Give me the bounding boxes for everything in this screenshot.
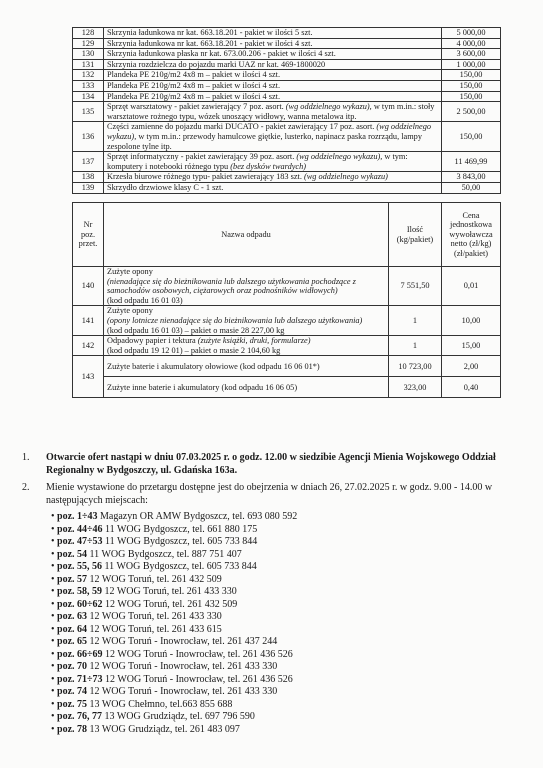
row-number: 136 (73, 122, 104, 152)
item-price: 4 000,00 (442, 38, 501, 49)
location-details: 12 WOG Toruń, tel. 261 432 509 (87, 574, 222, 585)
row-number: 129 (73, 38, 104, 49)
location-item: • poz. 63 12 WOG Toruń, tel. 261 433 330 (51, 611, 297, 624)
note-text: Mienie wystawione do przetargu dostępne … (46, 482, 522, 507)
item-price: 150,00 (442, 80, 501, 91)
location-details: 12 WOG Toruń, tel. 261 433 615 (87, 624, 222, 635)
row-number: 141 (73, 306, 104, 336)
table-row: 137Sprzęt informatyczny - pakiet zawiera… (73, 152, 501, 172)
row-number: 137 (73, 152, 104, 172)
location-item: • poz. 57 12 WOG Toruń, tel. 261 432 509 (51, 574, 297, 587)
waste-description: Odpadowy papier i tektura (zużyte książk… (104, 336, 389, 356)
location-item: • poz. 65 12 WOG Toruń - Inowrocław, tel… (51, 636, 297, 649)
item-description: Sprzęt warsztatowy - pakiet zawierający … (104, 102, 442, 122)
item-description: Skrzynia ładunkowa nr kat. 663.18.201 - … (104, 28, 442, 39)
location-details: 12 WOG Toruń - Inowrocław, tel. 261 436 … (103, 674, 293, 685)
location-item: • poz. 78 13 WOG Grudziądz, tel. 261 483… (51, 724, 297, 737)
header-qty: Ilość (kg/pakiet) (389, 203, 442, 267)
location-positions: poz. 1÷43 (57, 511, 98, 522)
waste-description: Zużyte opony(opony lotnicze nienadające … (104, 306, 389, 336)
location-details: 12 WOG Toruń - Inowrocław, tel. 261 433 … (87, 686, 277, 697)
note-item-2: 2. Mienie wystawione do przetargu dostęp… (22, 482, 522, 507)
waste-price: 0,40 (442, 377, 501, 398)
location-positions: poz. 57 (57, 574, 87, 585)
location-details: 13 WOG Grudziądz, tel. 697 796 590 (102, 711, 255, 722)
item-description: Plandeka PE 210g/m2 4x8 m – pakiet w ilo… (104, 70, 442, 81)
waste-price: 0,01 (442, 267, 501, 306)
table-row: 132Plandeka PE 210g/m2 4x8 m – pakiet w … (73, 70, 501, 81)
location-positions: poz. 55, 56 (57, 561, 102, 572)
inspection-locations-list: • poz. 1÷43 Magazyn OR AMW Bydgoszcz, te… (51, 511, 297, 736)
location-positions: poz. 70 (57, 661, 87, 672)
location-positions: poz. 63 (57, 611, 87, 622)
location-details: 12 WOG Toruń - Inowrocław, tel. 261 433 … (87, 661, 277, 672)
table-row: 128Skrzynia ładunkowa nr kat. 663.18.201… (73, 28, 501, 39)
item-description: Skrzynia ładunkowa płaska nr kat. 673.00… (104, 49, 442, 60)
location-positions: poz. 44÷46 (57, 524, 103, 535)
waste-description: Zużyte baterie i akumulatory ołowiowe (k… (104, 356, 389, 377)
location-details: 13 WOG Grudziądz, tel. 261 483 097 (87, 724, 240, 735)
item-description: Sprzęt informatyczny - pakiet zawierając… (104, 152, 442, 172)
price-table-items: 128Skrzynia ładunkowa nr kat. 663.18.201… (72, 27, 501, 194)
waste-price: 15,00 (442, 336, 501, 356)
row-number: 132 (73, 70, 104, 81)
item-price: 3 843,00 (442, 172, 501, 183)
location-item: • poz. 75 13 WOG Chełmno, tel.663 855 68… (51, 699, 297, 712)
row-number: 143 (73, 356, 104, 398)
waste-quantity: 1 (389, 306, 442, 336)
item-description: Plandeka PE 210g/m2 4x8 m – pakiet w ilo… (104, 80, 442, 91)
item-price: 11 469,99 (442, 152, 501, 172)
location-item: • poz. 60÷62 12 WOG Toruń, tel. 261 432 … (51, 599, 297, 612)
header-name: Nazwa odpadu (104, 203, 389, 267)
location-item: • poz. 74 12 WOG Toruń - Inowrocław, tel… (51, 686, 297, 699)
row-number: 138 (73, 172, 104, 183)
location-item: • poz. 76, 77 13 WOG Grudziądz, tel. 697… (51, 711, 297, 724)
item-price: 150,00 (442, 91, 501, 102)
location-details: 13 WOG Chełmno, tel.663 855 688 (87, 699, 232, 710)
location-details: 12 WOG Toruń - Inowrocław, tel. 261 436 … (103, 649, 293, 660)
row-number: 128 (73, 28, 104, 39)
item-price: 3 600,00 (442, 49, 501, 60)
location-details: 11 WOG Bydgoszcz, tel. 661 880 175 (103, 524, 258, 535)
location-item: • poz. 1÷43 Magazyn OR AMW Bydgoszcz, te… (51, 511, 297, 524)
table-row: Zużyte inne baterie i akumulatory (kod o… (73, 377, 501, 398)
location-details: 12 WOG Toruń, tel. 261 432 509 (103, 599, 238, 610)
note-text: Otwarcie ofert nastąpi w dniu 07.03.2025… (46, 452, 522, 477)
location-details: 11 WOG Bydgoszcz, tel. 605 733 844 (102, 561, 257, 572)
row-number: 142 (73, 336, 104, 356)
location-item: • poz. 47÷53 11 WOG Bydgoszcz, tel. 605 … (51, 536, 297, 549)
location-positions: poz. 75 (57, 699, 87, 710)
row-number: 131 (73, 59, 104, 70)
location-details: 12 WOG Toruń - Inowrocław, tel. 261 437 … (87, 636, 277, 647)
item-price: 50,00 (442, 182, 501, 193)
table-row: 143Zużyte baterie i akumulatory ołowiowe… (73, 356, 501, 377)
table-row: 129Skrzynia ładunkowa nr kat. 663.18.201… (73, 38, 501, 49)
location-item: • poz. 54 11 WOG Bydgoszcz, tel. 887 751… (51, 549, 297, 562)
location-item: • poz. 55, 56 11 WOG Bydgoszcz, tel. 605… (51, 561, 297, 574)
item-description: Skrzynia rozdzielcza do pojazdu marki UA… (104, 59, 442, 70)
waste-table-header: Nr poz. przet. Nazwa odpadu Ilość (kg/pa… (73, 203, 501, 267)
location-details: 12 WOG Toruń, tel. 261 433 330 (87, 611, 222, 622)
waste-quantity: 1 (389, 336, 442, 356)
waste-price: 2,00 (442, 356, 501, 377)
location-details: 11 WOG Bydgoszcz, tel. 605 733 844 (103, 536, 258, 547)
location-positions: poz. 71÷73 (57, 674, 103, 685)
item-description: Części zamienne do pojazdu marki DUCATO … (104, 122, 442, 152)
row-number: 139 (73, 182, 104, 193)
header-price: Cena jednostkowa wywoławcza netto (zł/kg… (442, 203, 501, 267)
location-details: 11 WOG Bydgoszcz, tel. 887 751 407 (87, 549, 242, 560)
table-row: 138Krzesła biurowe różnego typu- pakiet … (73, 172, 501, 183)
table-row: 130Skrzynia ładunkowa płaska nr kat. 673… (73, 49, 501, 60)
row-number: 133 (73, 80, 104, 91)
item-price: 2 500,00 (442, 102, 501, 122)
waste-quantity: 7 551,50 (389, 267, 442, 306)
waste-table: Nr poz. przet. Nazwa odpadu Ilość (kg/pa… (72, 202, 501, 398)
item-price: 150,00 (442, 70, 501, 81)
item-price: 5 000,00 (442, 28, 501, 39)
waste-description: Zużyte opony(nienadające się do bieżniko… (104, 267, 389, 306)
location-item: • poz. 64 12 WOG Toruń, tel. 261 433 615 (51, 624, 297, 637)
location-details: Magazyn OR AMW Bydgoszcz, tel. 693 080 5… (98, 511, 298, 522)
waste-description: Zużyte inne baterie i akumulatory (kod o… (104, 377, 389, 398)
item-price: 1 000,00 (442, 59, 501, 70)
waste-price: 10,00 (442, 306, 501, 336)
waste-quantity: 323,00 (389, 377, 442, 398)
location-positions: poz. 65 (57, 636, 87, 647)
note-number: 1. (22, 452, 46, 477)
location-positions: poz. 54 (57, 549, 87, 560)
table-row: 139Skrzydło drzwiowe klasy C - 1 szt.50,… (73, 182, 501, 193)
location-item: • poz. 44÷46 11 WOG Bydgoszcz, tel. 661 … (51, 524, 297, 537)
table-row: 136Części zamienne do pojazdu marki DUCA… (73, 122, 501, 152)
row-number: 130 (73, 49, 104, 60)
row-number: 135 (73, 102, 104, 122)
location-details: 12 WOG Toruń, tel. 261 433 330 (102, 586, 237, 597)
header-nr: Nr poz. przet. (73, 203, 104, 267)
location-positions: poz. 78 (57, 724, 87, 735)
location-item: • poz. 71÷73 12 WOG Toruń - Inowrocław, … (51, 674, 297, 687)
location-item: • poz. 70 12 WOG Toruń - Inowrocław, tel… (51, 661, 297, 674)
item-description: Skrzydło drzwiowe klasy C - 1 szt. (104, 182, 442, 193)
item-description: Krzesła biurowe różnego typu- pakiet zaw… (104, 172, 442, 183)
note-item-1: 1. Otwarcie ofert nastąpi w dniu 07.03.2… (22, 452, 522, 477)
row-number: 134 (73, 91, 104, 102)
table-row: 131Skrzynia rozdzielcza do pojazdu marki… (73, 59, 501, 70)
location-item: • poz. 58, 59 12 WOG Toruń, tel. 261 433… (51, 586, 297, 599)
location-positions: poz. 64 (57, 624, 87, 635)
row-number: 140 (73, 267, 104, 306)
table-row: 133Plandeka PE 210g/m2 4x8 m – pakiet w … (73, 80, 501, 91)
table-row: 140Zużyte opony(nienadające się do bieżn… (73, 267, 501, 306)
location-positions: poz. 47÷53 (57, 536, 103, 547)
item-description: Skrzynia ładunkowa nr kat. 663.18.201 - … (104, 38, 442, 49)
item-price: 150,00 (442, 122, 501, 152)
waste-quantity: 10 723,00 (389, 356, 442, 377)
table-row: 141Zużyte opony(opony lotnicze nienadają… (73, 306, 501, 336)
location-positions: poz. 58, 59 (57, 586, 102, 597)
location-item: • poz. 66÷69 12 WOG Toruń - Inowrocław, … (51, 649, 297, 662)
item-description: Plandeka PE 210g/m2 4x8 m – pakiet w ilo… (104, 91, 442, 102)
location-positions: poz. 60÷62 (57, 599, 103, 610)
table-row: 134Plandeka PE 210g/m2 4x8 m – pakiet w … (73, 91, 501, 102)
location-positions: poz. 66÷69 (57, 649, 103, 660)
notes-list: 1. Otwarcie ofert nastąpi w dniu 07.03.2… (22, 452, 522, 512)
note-number: 2. (22, 482, 46, 507)
location-positions: poz. 74 (57, 686, 87, 697)
table-row: 142Odpadowy papier i tektura (zużyte ksi… (73, 336, 501, 356)
location-positions: poz. 76, 77 (57, 711, 102, 722)
table-row: 135Sprzęt warsztatowy - pakiet zawierają… (73, 102, 501, 122)
